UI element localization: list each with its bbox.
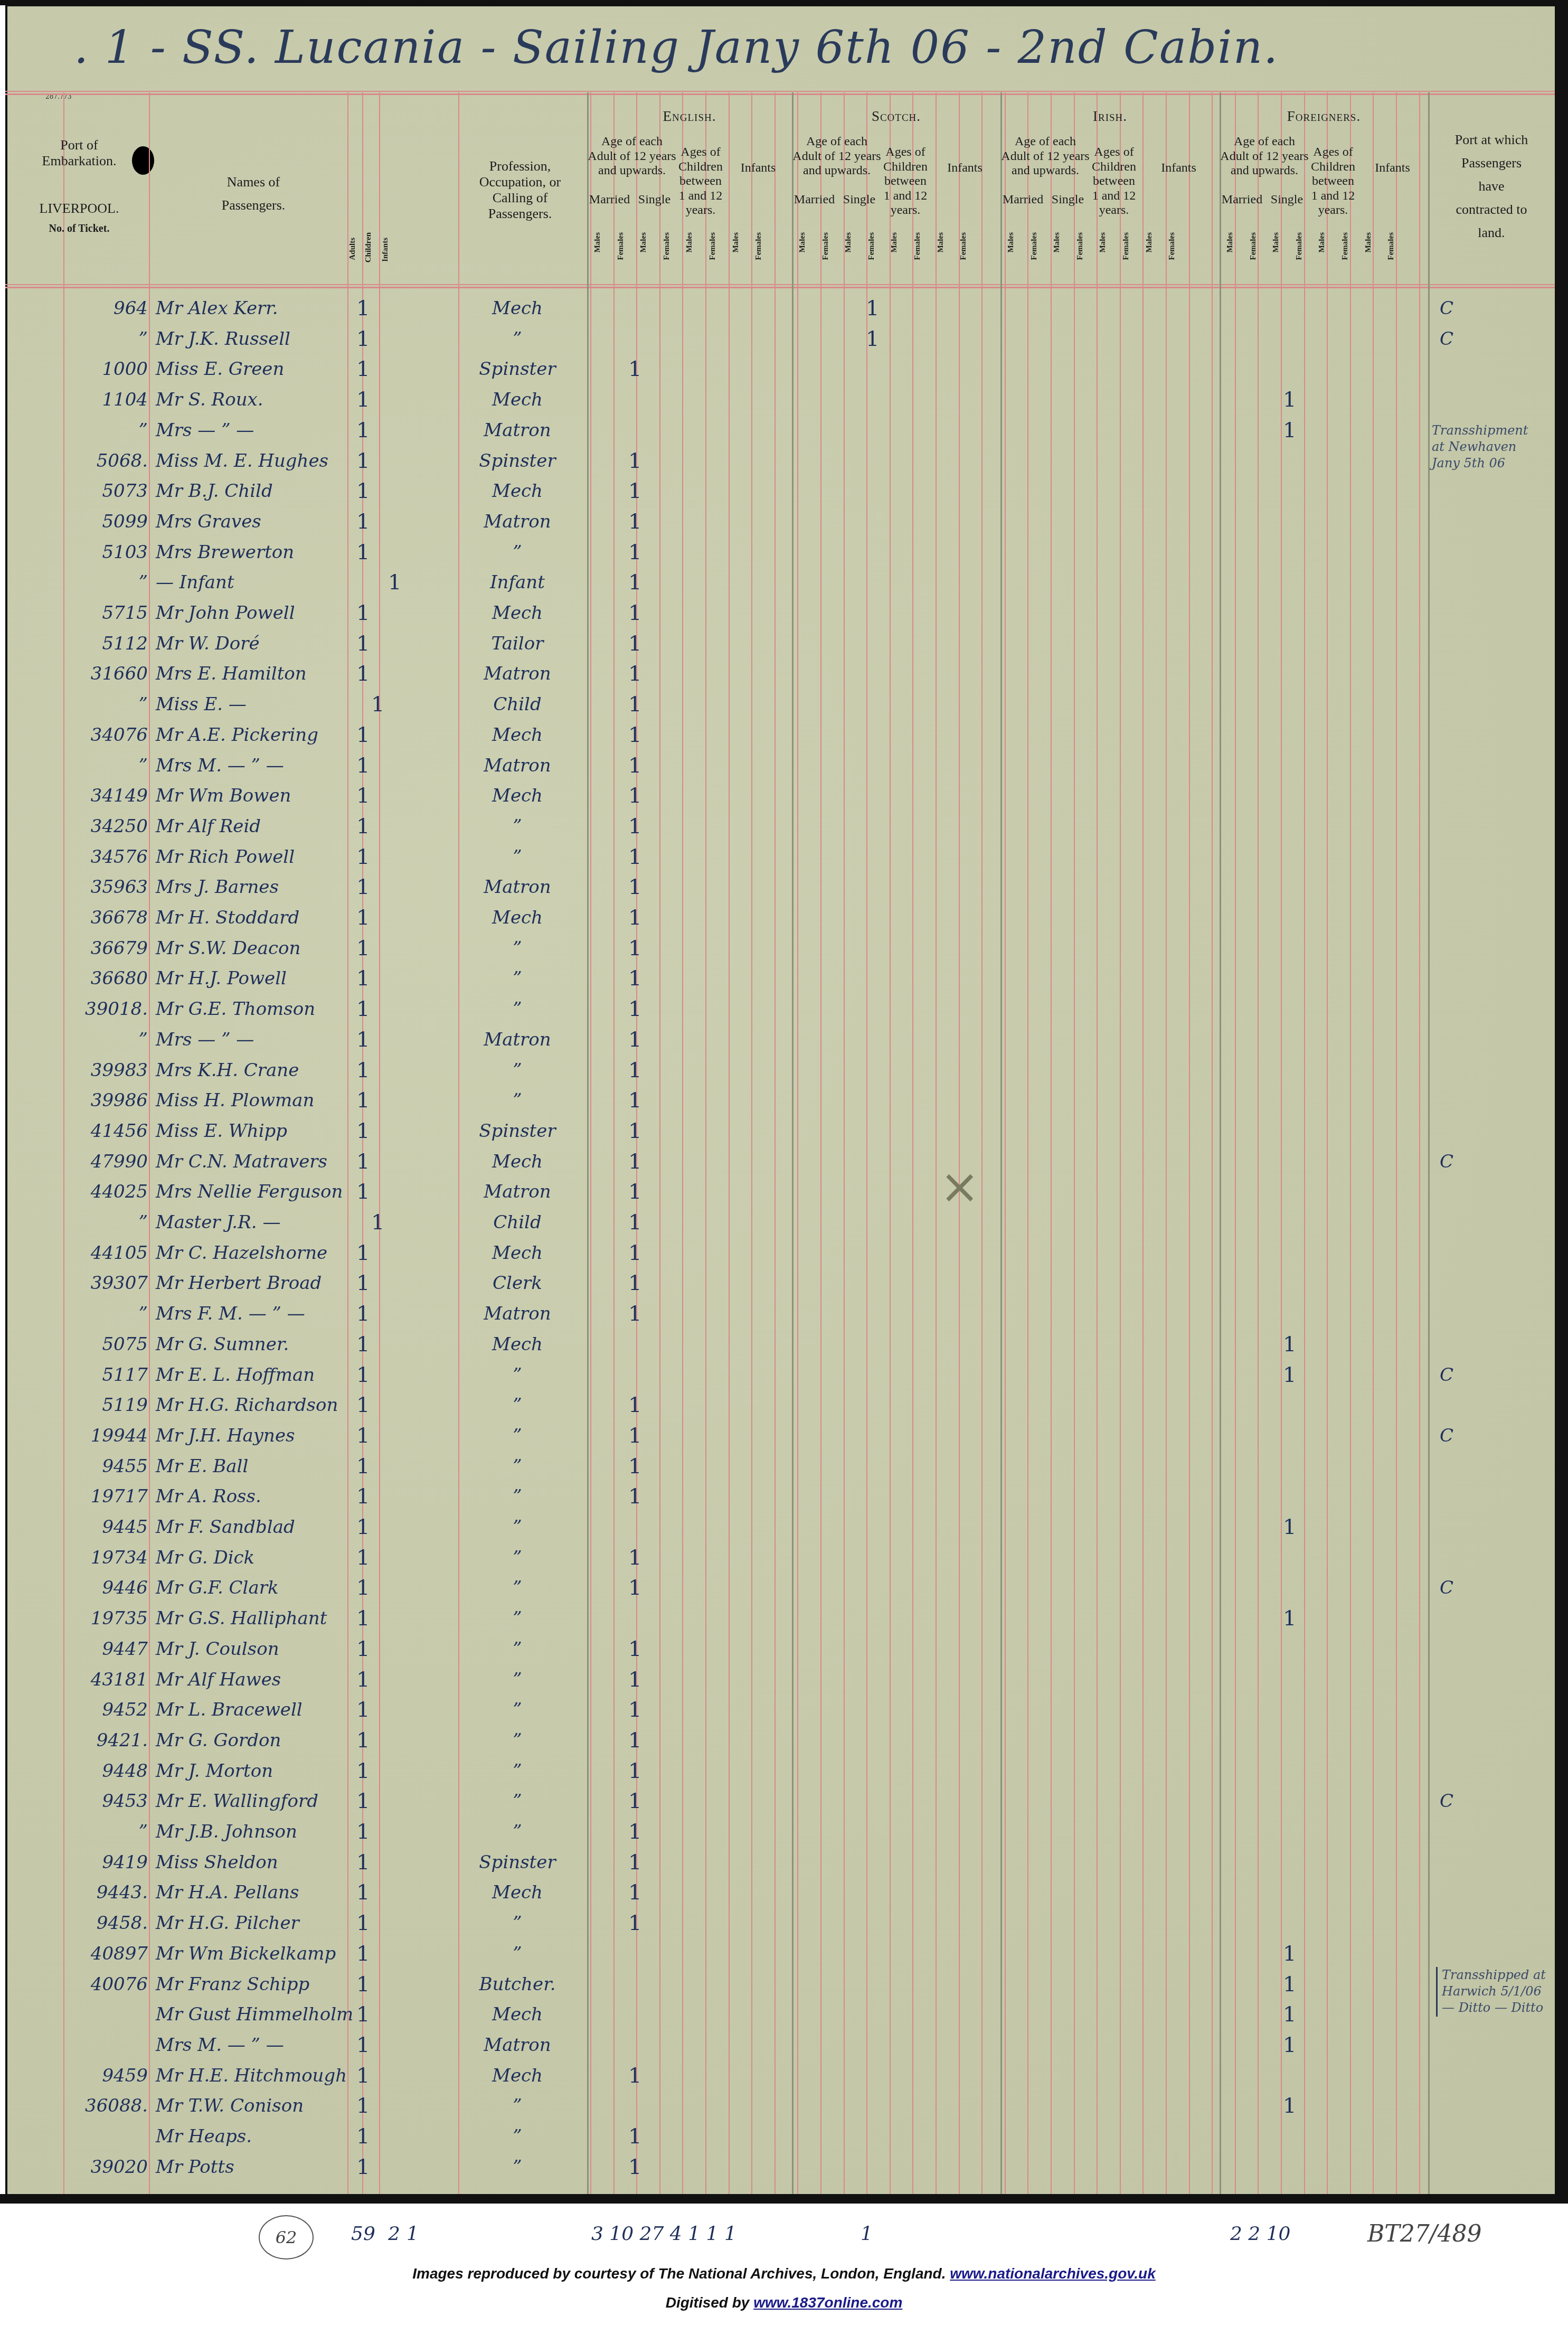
adults-tally: 1: [356, 1908, 370, 1938]
passenger-name: Mrs M. — ” —: [156, 750, 372, 781]
adults-tally: 1: [356, 1390, 370, 1420]
passenger-row: 41456Miss E. Whipp1Spinster1: [5, 1116, 1555, 1146]
passenger-row: 36679Mr S.W. Deacon1”1: [5, 933, 1555, 964]
nationality-tally: 1: [866, 324, 879, 354]
passenger-name: Miss E. Whipp: [156, 1116, 372, 1146]
port-contracted: [1431, 811, 1462, 842]
ticket-number: 5112: [63, 628, 148, 659]
nationality-tally: 1: [1283, 415, 1296, 446]
header-males: Males: [1318, 232, 1327, 252]
passenger-name: Mr G. Gordon: [156, 1725, 372, 1756]
profession: Matron: [465, 658, 570, 689]
nationality-tally: 1: [628, 506, 641, 537]
header-males: Males: [1272, 232, 1281, 252]
header-text: Port of: [21, 137, 137, 153]
passenger-name: Mr C.N. Matravers: [156, 1146, 372, 1177]
port-contracted: C: [1431, 293, 1462, 324]
nationality-tally: 1: [628, 1908, 641, 1938]
port-contracted: [1431, 1268, 1462, 1298]
nationality-tally: 1: [628, 842, 641, 872]
port-contracted: [1431, 689, 1462, 720]
nationality-tally: 1: [866, 293, 879, 324]
adults-tally: 1: [356, 384, 370, 415]
passenger-name: Mr G. Sumner.: [156, 1329, 372, 1360]
header-age-adult: Age of each Adult of 12 years and upward…: [792, 135, 882, 178]
nationality-tally: 1: [628, 811, 641, 842]
ticket-number: 9459: [63, 2060, 148, 2091]
header-ages-children: Ages of Children between 1 and 12 years.: [677, 145, 724, 218]
header-text: have: [1431, 178, 1552, 194]
header-text: No. of Ticket.: [21, 223, 137, 235]
passenger-name: Mr Alex Kerr.: [156, 293, 372, 324]
port-contracted: [1431, 1847, 1462, 1878]
passenger-row: 34250Mr Alf Reid1”1: [5, 811, 1555, 842]
port-contracted: [1431, 994, 1462, 1024]
adults-tally: 1: [356, 324, 370, 354]
passenger-name: Mr C. Hazelshorne: [156, 1238, 372, 1268]
adults-tally: 1: [356, 2152, 370, 2182]
port-contracted: [1431, 1238, 1462, 1268]
port-contracted: [1431, 1024, 1462, 1055]
port-contracted: [1431, 628, 1462, 659]
port-contracted: [1431, 2030, 1462, 2060]
profession: ”: [465, 324, 570, 354]
ticket-number: 34149: [63, 780, 148, 811]
nationality-tally: 1: [1283, 384, 1296, 415]
archive-piece-reference: BT27/489: [1367, 2220, 1481, 2247]
port-contracted: [1431, 2121, 1462, 2152]
header-text: Passengers.: [158, 197, 348, 213]
passenger-row: 9447Mr J. Coulson1”1: [5, 1634, 1555, 1664]
adults-tally: 1: [356, 2060, 370, 2091]
header-age-adult: Age of each Adult of 12 years and upward…: [587, 135, 677, 178]
profession: Matron: [465, 1176, 570, 1207]
passenger-name: Mr Gust Himmelholm: [156, 1999, 372, 2030]
adults-tally: 1: [356, 1024, 370, 1055]
passenger-name: Mr G.S. Halliphant: [156, 1603, 372, 1634]
header-infants: Infants: [1357, 161, 1428, 176]
ticket-number: 40897: [63, 1938, 148, 1969]
national-archives-link[interactable]: www.nationalarchives.gov.uk: [950, 2265, 1156, 2282]
passenger-name: Miss E. —: [156, 689, 372, 720]
total-english: 3 10 27 4 1 1 1: [591, 2223, 736, 2245]
port-contracted: [1431, 2152, 1462, 2182]
nationality-tally: 1: [628, 1542, 641, 1573]
port-contracted: [1431, 1176, 1462, 1207]
port-contracted: [1431, 1451, 1462, 1482]
ticket-number: ”: [63, 750, 148, 781]
adults-tally: 1: [356, 1360, 370, 1390]
passenger-row: 36088.Mr T.W. Conison1”1: [5, 2091, 1555, 2121]
nationality-tally: 1: [628, 750, 641, 781]
header-single: Single: [837, 193, 882, 208]
profession: Mech: [465, 1238, 570, 1268]
header-males: Males: [1145, 232, 1154, 252]
margin-note-harwich: Transshipped at Harwich 5/1/06 — Ditto —…: [1436, 1967, 1547, 2017]
ticket-number: 44105: [63, 1238, 148, 1268]
ticket-number: 31660: [63, 658, 148, 689]
header-males: Males: [1364, 232, 1373, 252]
port-contracted: [1431, 1542, 1462, 1573]
nationality-tally: 1: [628, 1146, 641, 1177]
header-age-adult: Age of each Adult of 12 years and upward…: [1220, 135, 1309, 178]
ticket-number: 9443.: [63, 1877, 148, 1908]
passenger-name: Mr Wm Bowen: [156, 780, 372, 811]
port-contracted: [1431, 842, 1462, 872]
header-married: Married: [1220, 193, 1264, 208]
profession: ”: [465, 1634, 570, 1664]
circled-total: 62: [259, 2215, 314, 2260]
profession: Spinster: [465, 1847, 570, 1878]
header-port-of-embarkation: Port of Embarkation. LIVERPOOL. No. of T…: [21, 137, 137, 235]
profession: ”: [465, 1360, 570, 1390]
passenger-row: 35963Mrs J. Barnes1Matron1: [5, 872, 1555, 902]
port-contracted: [1431, 933, 1462, 964]
adults-tally: 1: [356, 1573, 370, 1603]
header-females: Females: [617, 232, 626, 260]
port-contracted: [1431, 1512, 1462, 1542]
nationality-tally: 1: [628, 658, 641, 689]
passenger-row: 19735Mr G.S. Halliphant1”1: [5, 1603, 1555, 1634]
nationality-tally: 1: [628, 1695, 641, 1725]
profession: ”: [465, 1055, 570, 1086]
passenger-row: ”— Infant1Infant1: [5, 567, 1555, 598]
nationality-tally: 1: [628, 994, 641, 1024]
passenger-name: Mr E. L. Hoffman: [156, 1360, 372, 1390]
passenger-name: — Infant: [156, 567, 372, 598]
passenger-row: 36678Mr H. Stoddard1Mech1: [5, 902, 1555, 933]
passenger-name: Mr S. Roux.: [156, 384, 372, 415]
ticket-number: ”: [63, 689, 148, 720]
nationality-tally: 1: [628, 1238, 641, 1268]
1837online-link[interactable]: www.1837online.com: [753, 2294, 902, 2311]
scan-border-bottom: [0, 2194, 1568, 2204]
profession: ”: [465, 994, 570, 1024]
profession: ”: [465, 1420, 570, 1451]
header-females: Females: [1076, 232, 1085, 260]
profession: Matron: [465, 2030, 570, 2060]
passenger-name: Mr John Powell: [156, 598, 372, 628]
header-ages-children: Ages of Children between 1 and 12 years.: [1309, 145, 1357, 218]
ticket-number: 19734: [63, 1542, 148, 1573]
port-contracted: C: [1431, 1573, 1462, 1603]
profession: ”: [465, 963, 570, 994]
ticket-number: 39983: [63, 1055, 148, 1086]
passenger-name: Mr Wm Bickelkamp: [156, 1938, 372, 1969]
nationality-tally: 1: [1283, 1329, 1296, 1360]
port-contracted: C: [1431, 1420, 1462, 1451]
passenger-row: ”Mrs F. M. — ” —1Matron1: [5, 1298, 1555, 1329]
port-contracted: [1431, 537, 1462, 568]
passenger-row: 9455Mr E. Ball1”1: [5, 1451, 1555, 1482]
nationality-tally: 1: [628, 1176, 641, 1207]
passenger-row: Mr Gust Himmelholm1Mech1: [5, 1999, 1555, 2030]
passenger-row: 9445Mr F. Sandblad1”1: [5, 1512, 1555, 1542]
header-males: Males: [1099, 232, 1108, 252]
nationality-tally: 1: [628, 963, 641, 994]
total-scotch: 1: [861, 2223, 873, 2245]
profession: Butcher.: [465, 1969, 570, 2000]
nationality-tally: 1: [1283, 1603, 1296, 1634]
passenger-name: Mrs K.H. Crane: [156, 1055, 372, 1086]
nationality-tally: 1: [628, 1786, 641, 1816]
ticket-number: 19944: [63, 1420, 148, 1451]
passenger-row: 44105Mr C. Hazelshorne1Mech1: [5, 1238, 1555, 1268]
total-children: 2: [388, 2223, 400, 2245]
passenger-name: Mr H.G. Richardson: [156, 1390, 372, 1420]
adults-tally: 1: [356, 1938, 370, 1969]
passenger-row: 5099Mrs Graves1Matron1: [5, 506, 1555, 537]
profession: Matron: [465, 872, 570, 902]
adults-tally: 1: [356, 902, 370, 933]
port-contracted: [1431, 2060, 1462, 2091]
passenger-name: Mr F. Sandblad: [156, 1512, 372, 1542]
profession: ”: [465, 1085, 570, 1116]
adults-tally: 1: [356, 506, 370, 537]
adults-tally: 1: [356, 1877, 370, 1908]
profession: ”: [465, 933, 570, 964]
adults-tally: 1: [356, 1664, 370, 1695]
header-text: Passengers.: [459, 206, 581, 222]
header-females: Females: [663, 232, 672, 260]
profession: Mech: [465, 1329, 570, 1360]
port-contracted: [1431, 1329, 1462, 1360]
group-header: Foreigners.: [1220, 108, 1428, 125]
profession: Matron: [465, 750, 570, 781]
port-contracted: [1431, 902, 1462, 933]
profession: Mech: [465, 780, 570, 811]
ticket-number: ”: [63, 324, 148, 354]
adults-tally: 1: [356, 1329, 370, 1360]
passenger-name: Mr S.W. Deacon: [156, 933, 372, 964]
passenger-row: 19717Mr A. Ross.1”1: [5, 1481, 1555, 1512]
nationality-tally: 1: [628, 1877, 641, 1908]
passenger-row: 9453Mr E. Wallingford1”1C: [5, 1786, 1555, 1816]
header-port-contracted-to-land: Port at which Passengers have contracted…: [1431, 132, 1552, 240]
nationality-tally: 1: [628, 902, 641, 933]
profession: ”: [465, 1816, 570, 1847]
passenger-name: Miss H. Plowman: [156, 1085, 372, 1116]
profession: ”: [465, 1451, 570, 1482]
header-text: Passengers: [1431, 155, 1552, 171]
profession: Child: [465, 689, 570, 720]
ticket-number: 1104: [63, 384, 148, 415]
profession: Mech: [465, 1999, 570, 2030]
header-infants: Infants: [381, 238, 390, 262]
adults-tally: 1: [356, 2121, 370, 2152]
port-contracted: C: [1431, 324, 1462, 354]
children-tally: 1: [371, 689, 384, 720]
adults-tally: 1: [356, 933, 370, 964]
header-infants: Infants: [724, 161, 792, 176]
passenger-name: Miss M. E. Hughes: [156, 446, 372, 476]
passenger-name: Mrs E. Hamilton: [156, 658, 372, 689]
ticket-number: 9446: [63, 1573, 148, 1603]
passenger-row: 5068.Miss M. E. Hughes1Spinster1: [5, 446, 1555, 476]
profession: ”: [465, 2091, 570, 2121]
ticket-number: 9419: [63, 1847, 148, 1878]
passenger-name: Mrs Nellie Ferguson: [156, 1176, 372, 1207]
group-header: Scotch.: [792, 108, 1000, 125]
passenger-name: Mr J. Morton: [156, 1756, 372, 1786]
nationality-tally: 1: [628, 1816, 641, 1847]
nationality-tally: 1: [628, 1420, 641, 1451]
port-contracted: [1431, 1298, 1462, 1329]
passenger-name: Mr J.K. Russell: [156, 324, 372, 354]
passenger-name: Mr H.J. Powell: [156, 963, 372, 994]
adults-tally: 1: [356, 1786, 370, 1816]
adults-tally: 1: [356, 1695, 370, 1725]
passenger-row: 31660Mrs E. Hamilton1Matron1: [5, 658, 1555, 689]
header-females: Females: [709, 232, 717, 260]
passenger-row: ”Mr J.K. Russell1”1C: [5, 324, 1555, 354]
passenger-row: 34576Mr Rich Powell1”1: [5, 842, 1555, 872]
header-children: Children: [364, 232, 373, 262]
profession: ”: [465, 1756, 570, 1786]
header-bottom-rule: [5, 284, 1555, 288]
adults-tally: 1: [356, 720, 370, 750]
header-profession: Profession, Occupation, or Calling of Pa…: [459, 158, 581, 222]
nationality-tally: 1: [628, 720, 641, 750]
profession: Mech: [465, 2060, 570, 2091]
passenger-name: Mrs Graves: [156, 506, 372, 537]
ticket-number: 47990: [63, 1146, 148, 1177]
adults-tally: 1: [356, 1238, 370, 1268]
ticket-number: ”: [63, 1024, 148, 1055]
passenger-name: Mr E. Ball: [156, 1451, 372, 1482]
passenger-row: 39307Mr Herbert Broad1Clerk1: [5, 1268, 1555, 1298]
profession: ”: [465, 2121, 570, 2152]
passenger-row: 43181Mr Alf Hawes1”1: [5, 1664, 1555, 1695]
header-adults: Adults: [348, 238, 357, 260]
adults-tally: 1: [356, 872, 370, 902]
nationality-tally: 1: [628, 567, 641, 598]
adults-tally: 1: [356, 628, 370, 659]
port-contracted: [1431, 780, 1462, 811]
passenger-row: 5119Mr H.G. Richardson1”1: [5, 1390, 1555, 1420]
header-males: Males: [593, 232, 602, 252]
adults-tally: 1: [356, 1298, 370, 1329]
passenger-row: 36680Mr H.J. Powell1”1: [5, 963, 1555, 994]
adults-tally: 1: [356, 1969, 370, 2000]
header-females: Females: [1249, 232, 1258, 260]
profession: ”: [465, 1390, 570, 1420]
passenger-name: Mr A. Ross.: [156, 1481, 372, 1512]
header-females: Females: [867, 232, 876, 260]
port-contracted: [1431, 1695, 1462, 1725]
profession: Matron: [465, 1024, 570, 1055]
port-contracted: [1431, 1634, 1462, 1664]
header-males: Males: [890, 232, 899, 252]
nationality-tally: 1: [628, 1725, 641, 1756]
passenger-name: Mr Franz Schipp: [156, 1969, 372, 2000]
ticket-number: 43181: [63, 1664, 148, 1695]
header-ages-children: Ages of Children between 1 and 12 years.: [882, 145, 929, 218]
passenger-name: Mrs Brewerton: [156, 537, 372, 568]
nationality-tally: 1: [1283, 1512, 1296, 1542]
passenger-name: Mr G.F. Clark: [156, 1573, 372, 1603]
passenger-row: 47990Mr C.N. Matravers1Mech1C: [5, 1146, 1555, 1177]
passenger-row: 1000Miss E. Green1Spinster1: [5, 354, 1555, 384]
passenger-row: 5117Mr E. L. Hoffman1”1C: [5, 1360, 1555, 1390]
passenger-row: 19944Mr J.H. Haynes1”1C: [5, 1420, 1555, 1451]
header-text: Calling of: [459, 190, 581, 206]
nationality-tally: 1: [628, 1116, 641, 1146]
passenger-name: Mrs F. M. — ” —: [156, 1298, 372, 1329]
adults-tally: 1: [356, 537, 370, 568]
ticket-number: 5117: [63, 1360, 148, 1390]
profession: ”: [465, 1664, 570, 1695]
passenger-name: Miss Sheldon: [156, 1847, 372, 1878]
passenger-name: Mrs M. — ” —: [156, 2030, 372, 2060]
ticket-number: 39986: [63, 1085, 148, 1116]
header-females: Females: [754, 232, 763, 260]
ticket-number: ”: [63, 1816, 148, 1847]
adults-tally: 1: [356, 293, 370, 324]
passenger-row: ”Mrs — ” —1Matron1: [5, 415, 1555, 446]
passenger-row: 9446Mr G.F. Clark1”1C: [5, 1573, 1555, 1603]
passenger-row: 9443.Mr H.A. Pellans1Mech1: [5, 1877, 1555, 1908]
profession: Mech: [465, 902, 570, 933]
ticket-number: 34250: [63, 811, 148, 842]
nationality-tally: 1: [628, 1390, 641, 1420]
header-text: Occupation, or: [459, 174, 581, 190]
passenger-row: 39983Mrs K.H. Crane1”1: [5, 1055, 1555, 1086]
header-females: Females: [1341, 232, 1350, 260]
header-single: Single: [1045, 193, 1090, 208]
ticket-number: ”: [63, 1207, 148, 1238]
header-single: Single: [1264, 193, 1309, 208]
nationality-tally: 1: [628, 2121, 641, 2152]
passenger-name: Mr H.E. Hitchmough: [156, 2060, 372, 2091]
passenger-name: Mr J. Coulson: [156, 1634, 372, 1664]
header-top-rule: [5, 91, 1555, 95]
ticket-number: [63, 2121, 148, 2152]
port-contracted: [1431, 963, 1462, 994]
passenger-name: Mr L. Bracewell: [156, 1695, 372, 1725]
passenger-row: 40076Mr Franz Schipp1Butcher.1: [5, 1969, 1555, 2000]
passenger-row: 9419Miss Sheldon1Spinster1: [5, 1847, 1555, 1878]
pencil-cross-mark: ×: [940, 1159, 979, 1215]
adults-tally: 1: [356, 1451, 370, 1482]
nationality-tally: 1: [628, 933, 641, 964]
ticket-number: 36679: [63, 933, 148, 964]
nationality-tally: 1: [628, 1268, 641, 1298]
port-contracted: [1431, 1055, 1462, 1086]
nationality-tally: 1: [1283, 1360, 1296, 1390]
passenger-row: 9421.Mr G. Gordon1”1: [5, 1725, 1555, 1756]
passenger-name: Mr Alf Reid: [156, 811, 372, 842]
adults-tally: 1: [356, 1420, 370, 1451]
profession: Mech: [465, 720, 570, 750]
ticket-number: 36088.: [63, 2091, 148, 2121]
header-text: Names of: [158, 174, 348, 190]
passenger-name: Master J.R. —: [156, 1207, 372, 1238]
ticket-number: 9447: [63, 1634, 148, 1664]
header-males: Males: [1007, 232, 1016, 252]
profession: ”: [465, 1908, 570, 1938]
passenger-name: Mr T.W. Conison: [156, 2091, 372, 2121]
ticket-number: 9453: [63, 1786, 148, 1816]
profession: Mech: [465, 384, 570, 415]
profession: Tailor: [465, 628, 570, 659]
adults-tally: 1: [356, 1146, 370, 1177]
passenger-row: ”Miss E. —1Child1: [5, 689, 1555, 720]
nationality-tally: 1: [628, 628, 641, 659]
nationality-tally: 1: [628, 1634, 641, 1664]
header-females: Females: [1122, 232, 1131, 260]
header-infants: Infants: [1138, 161, 1220, 176]
